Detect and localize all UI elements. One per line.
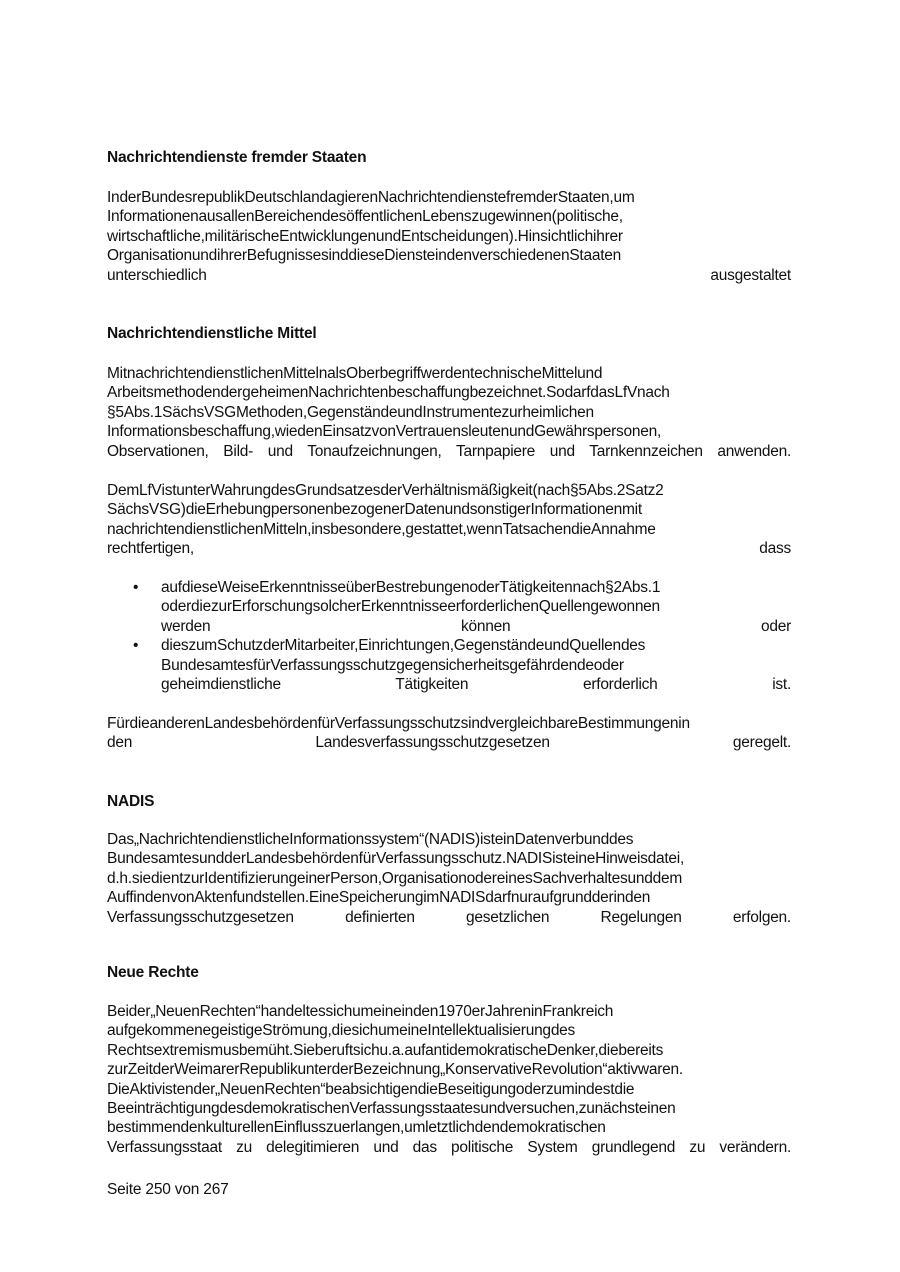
text-line: ArbeitsmethodendergeheimenNachrichtenbes…	[107, 383, 791, 402]
bullet-icon: •	[133, 578, 138, 597]
text-line: BundesamtesfürVerfassungsschutzgegensich…	[161, 656, 791, 675]
section-heading-fremde-staaten: Nachrichtendienste fremder Staaten	[107, 148, 791, 168]
paragraph-mittel-definition: MitnachrichtendienstlichenMittelnalsOber…	[107, 364, 791, 461]
text-line: Informationsbeschaffung,wiedenEinsatzvon…	[107, 422, 791, 441]
text-line: Beider„NeuenRechten“handeltessichumeinei…	[107, 1002, 791, 1021]
bullet-text: aufdieseWeiseErkenntnisseüberBestrebunge…	[161, 578, 791, 636]
bullet-item: • dieszumSchutzderMitarbeiter,Einrichtun…	[107, 636, 791, 694]
section-heading-neue-rechte: Neue Rechte	[107, 963, 791, 983]
text-line: rechtfertigen, dass	[107, 539, 791, 558]
text-line: OrganisationundihrerBefugnissesinddieseD…	[107, 246, 791, 265]
text-line: Observationen, Bild- und Tonaufzeichnung…	[107, 442, 791, 461]
text-line: aufdieseWeiseErkenntnisseüberBestrebunge…	[161, 578, 791, 597]
bullet-text: dieszumSchutzderMitarbeiter,Einrichtunge…	[161, 636, 791, 694]
text-line: werden können oder	[161, 617, 791, 636]
text-line: §5Abs.1SächsVSGMethoden,GegenständeundIn…	[107, 403, 791, 422]
text-line: AuffindenvonAktenfundstellen.EineSpeiche…	[107, 888, 791, 907]
page-number-footer: Seite 250 von 267	[107, 1180, 229, 1200]
text-line: Verfassungsschutzgesetzen definierten ge…	[107, 908, 791, 927]
text-line: d.h.siedientzurIdentifizierungeinerPerso…	[107, 869, 791, 888]
bullet-icon: •	[133, 636, 138, 655]
text-line: SächsVSG)dieErhebungpersonenbezogenerDat…	[107, 500, 791, 519]
text-line: DemLfVistunterWahrungdesGrundsatzesderVe…	[107, 481, 791, 500]
text-line: Rechtsextremismusbemüht.Sieberuftsichu.a…	[107, 1041, 791, 1060]
text-line: dieszumSchutzderMitarbeiter,Einrichtunge…	[161, 636, 791, 655]
text-line: zurZeitderWeimarerRepublikunterderBezeic…	[107, 1060, 791, 1079]
text-line: FürdieanderenLandesbehördenfürVerfassung…	[107, 714, 791, 733]
text-line: MitnachrichtendienstlichenMittelnalsOber…	[107, 364, 791, 383]
paragraph-fremde-staaten: InderBundesrepublikDeutschlandagierenNac…	[107, 188, 791, 285]
text-line: Das„NachrichtendienstlicheInformationssy…	[107, 830, 791, 849]
text-line: aufgekommenegeistigeStrömung,diesichumei…	[107, 1021, 791, 1040]
bullet-item: • aufdieseWeiseErkenntnisseüberBestrebun…	[107, 578, 791, 636]
text-line: unterschiedlich ausgestaltet	[107, 266, 791, 285]
bullet-list-conditions: • aufdieseWeiseErkenntnisseüberBestrebun…	[107, 578, 791, 694]
paragraph-nadis: Das„NachrichtendienstlicheInformationssy…	[107, 830, 791, 927]
text-line: wirtschaftliche,militärischeEntwicklunge…	[107, 227, 791, 246]
text-line: den Landesverfassungsschutzgesetzen gere…	[107, 733, 791, 752]
text-line: DieAktivistender„NeuenRechten“beabsichti…	[107, 1080, 791, 1099]
paragraph-neue-rechte: Beider„NeuenRechten“handeltessichumeinei…	[107, 1002, 791, 1157]
text-line: InformationenausallenBereichendesöffentl…	[107, 207, 791, 226]
section-heading-mittel: Nachrichtendienstliche Mittel	[107, 324, 791, 344]
text-line: bestimmendenkulturellenEinflusszuerlange…	[107, 1118, 791, 1137]
section-heading-nadis: NADIS	[107, 792, 791, 812]
text-line: geheimdienstliche Tätigkeiten erforderli…	[161, 675, 791, 694]
text-line: BeeinträchtigungdesdemokratischenVerfass…	[107, 1099, 791, 1118]
text-line: InderBundesrepublikDeutschlandagierenNac…	[107, 188, 791, 207]
text-line: oderdiezurErforschungsolcherErkenntnisse…	[161, 597, 791, 616]
paragraph-landesbehoerden: FürdieanderenLandesbehördenfürVerfassung…	[107, 714, 791, 753]
text-line: nachrichtendienstlichenMitteln,insbesond…	[107, 520, 791, 539]
paragraph-mittel-erhebung: DemLfVistunterWahrungdesGrundsatzesderVe…	[107, 481, 791, 559]
document-page: Nachrichtendienste fremder Staaten Inder…	[0, 0, 900, 1272]
text-line: Verfassungsstaat zu delegitimieren und d…	[107, 1138, 791, 1157]
text-line: BundesamtesundderLandesbehördenfürVerfas…	[107, 849, 791, 868]
